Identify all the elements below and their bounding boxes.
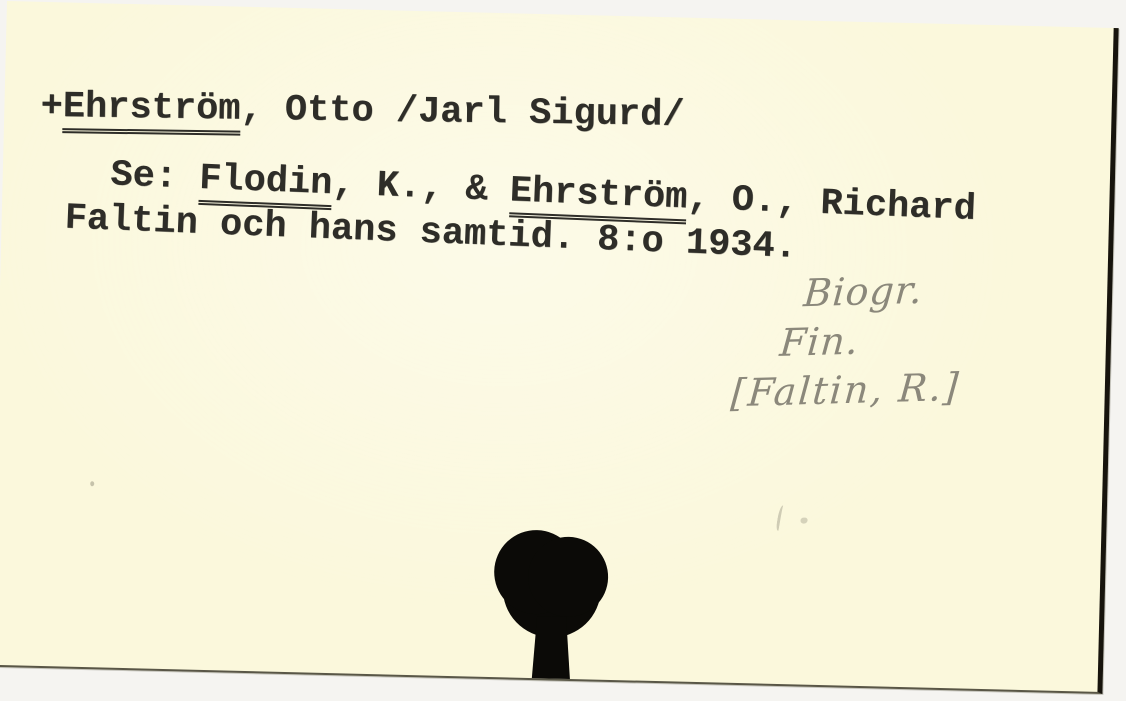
annotation-faltin: [Faltin, R.] xyxy=(729,360,1053,418)
paper-speck xyxy=(90,481,94,486)
see-reference: Se: Flodin, K., & Ehrström, O., Richard … xyxy=(64,155,977,274)
heading-rest: , Otto /Jarl Sigurd/ xyxy=(240,89,685,137)
card-heading: +Ehrström, Otto /Jarl Sigurd/ xyxy=(40,86,685,142)
pencil-stray-dot xyxy=(800,518,807,524)
reference-tail: , O., Richard xyxy=(687,177,977,231)
reference-author-1: Flodin xyxy=(198,160,333,210)
reference-mid: , K., & xyxy=(332,163,511,212)
annotation-fin: Fin. xyxy=(778,311,1057,368)
scanner-background: +Ehrström, Otto /Jarl Sigurd/ Se: Flodin… xyxy=(0,0,1126,701)
punch-stem xyxy=(530,616,573,694)
heading-surname: Ehrström xyxy=(62,88,240,135)
reference-intro: Se: xyxy=(110,154,200,200)
catalog-card: +Ehrström, Otto /Jarl Sigurd/ Se: Flodin… xyxy=(0,1,1119,694)
pencil-annotations: Biogr. Fin. [Faltin, R.] xyxy=(689,262,1060,419)
hole-punch-icon xyxy=(489,527,613,694)
annotation-biogr: Biogr. xyxy=(802,262,1061,318)
pencil-stray-mark xyxy=(776,505,786,532)
heading-prefix: + xyxy=(40,86,63,128)
